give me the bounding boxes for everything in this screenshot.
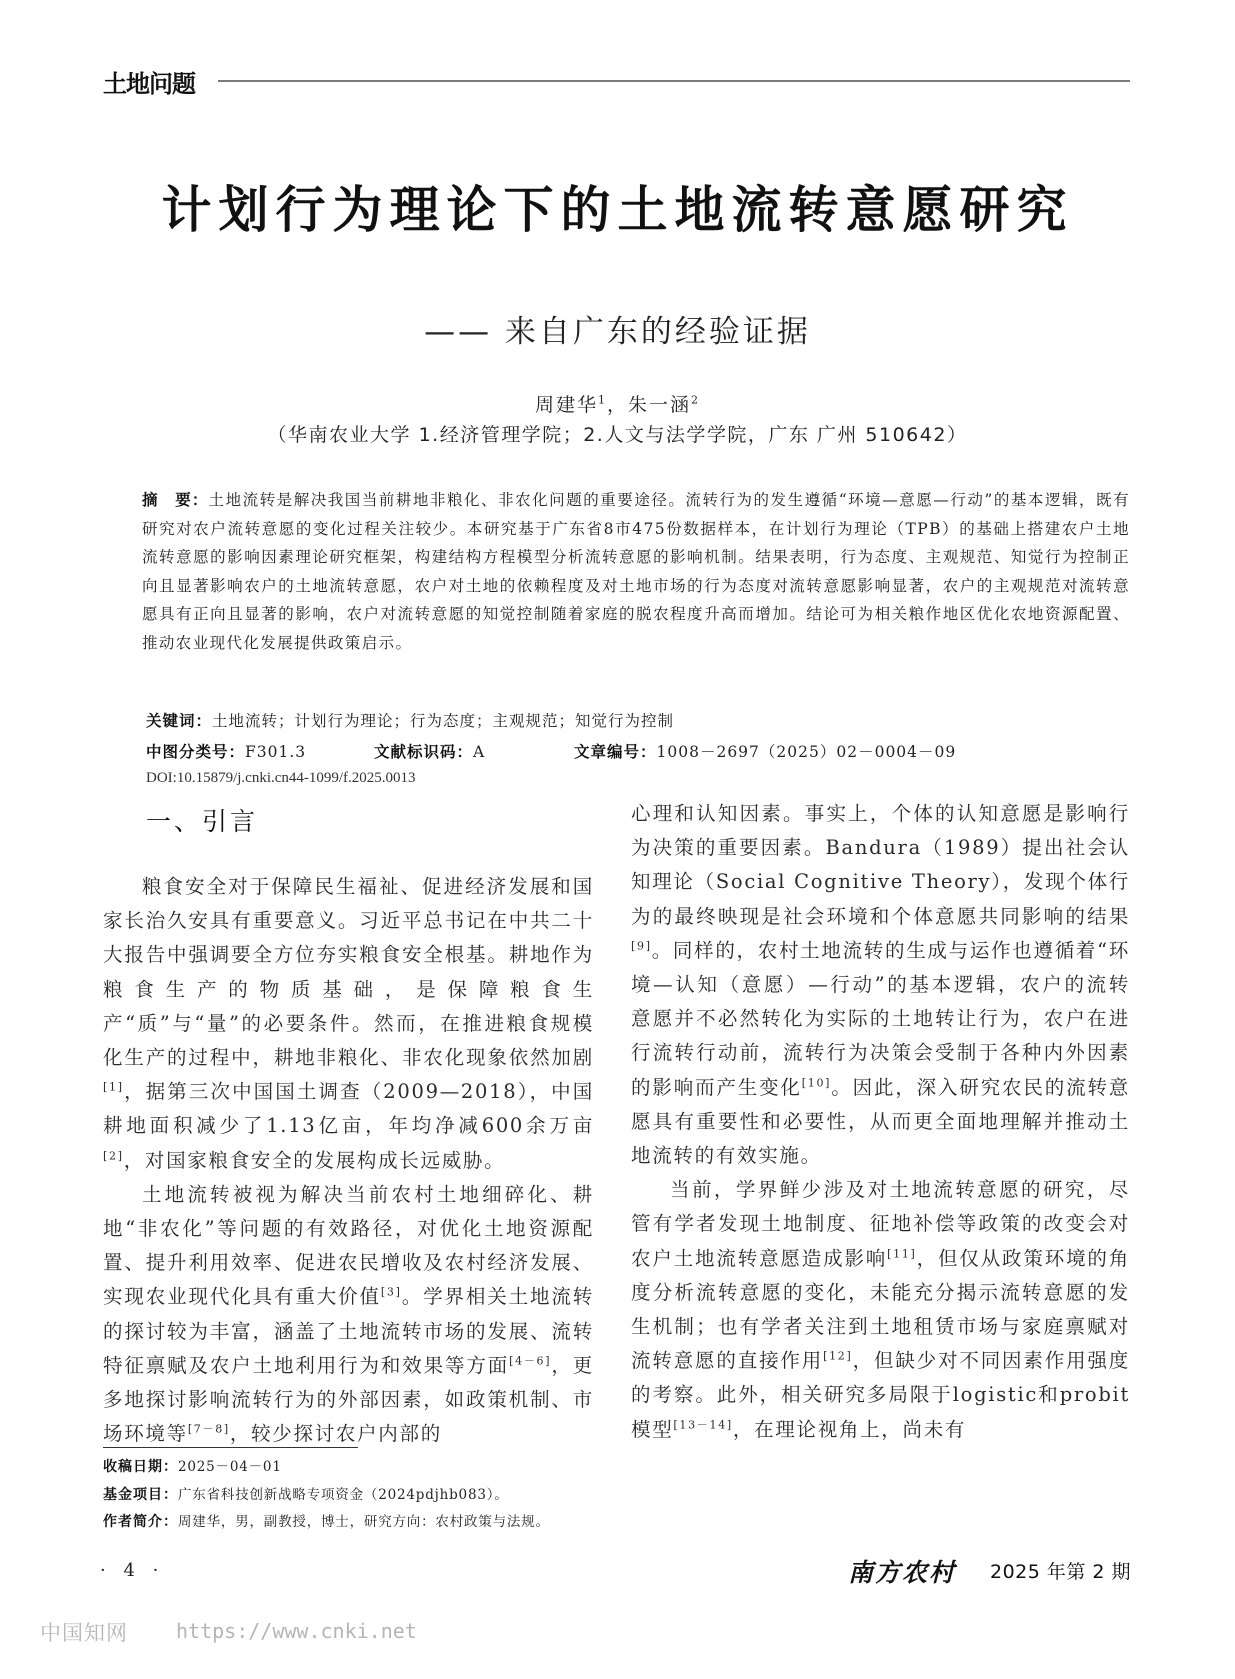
article-number-value: 1008－2697（2025）02－0004－09 — [657, 743, 957, 761]
footnote-fund: 基金项目：广东省科技创新战略专项资金（2024pdjhb083）。 — [103, 1483, 509, 1504]
article-subtitle: —— 来自广东的经验证据 — [0, 306, 1235, 351]
header-rule-divider — [218, 80, 1130, 82]
citation-ref[interactable]: [9] — [631, 939, 652, 952]
doc-code-label: 文献标识码： — [374, 743, 473, 761]
clc-label: 中图分类号： — [146, 743, 245, 761]
journal-issue: 2025 年第 2 期 — [990, 1557, 1131, 1584]
article-title: 计划行为理论下的土地流转意愿研究 — [0, 170, 1235, 242]
doi-link[interactable]: DOI:10.15879/j.cnki.cn44-1099/f.2025.001… — [146, 770, 416, 787]
citation-ref[interactable]: [2] — [103, 1149, 124, 1162]
section-heading-introduction: 一、引言 — [146, 802, 258, 838]
author-affiliation-marker: 1 — [598, 394, 607, 407]
footnote-author-bio: 作者简介：周建华，男，副教授，博士，研究方向：农村政策与法规。 — [103, 1510, 550, 1531]
author-name: 朱一涵 — [628, 394, 691, 416]
author-name: 周建华 — [535, 394, 598, 416]
classification-line: 中图分类号：F301.3文献标识码：A文章编号：1008－2697（2025）0… — [146, 740, 1126, 762]
body-paragraph: 粮食安全对于保障民生福祉、促进经济发展和国家长治久安具有重要意义。习近平总书记在… — [103, 870, 594, 1178]
citation-ref[interactable]: [13－14] — [673, 1418, 732, 1431]
footnote-received-date: 收稿日期：2025－04－01 — [103, 1455, 282, 1476]
keywords-text: 土地流转；计划行为理论；行为态度；主观规范；知觉行为控制 — [212, 712, 674, 730]
body-column-left: 粮食安全对于保障民生福祉、促进经济发展和国家长治久安具有重要意义。习近平总书记在… — [103, 870, 594, 1451]
abstract-block: 摘 要：土地流转是解决我国当前耕地非粮化、非农化问题的重要途径。流转行为的发生遵… — [142, 486, 1130, 657]
abstract-text: 土地流转是解决我国当前耕地非粮化、非农化问题的重要途径。流转行为的发生遵循“环境… — [142, 491, 1130, 652]
citation-ref[interactable]: [4－6] — [509, 1354, 551, 1367]
abstract-label: 摘 要： — [142, 491, 209, 509]
author-affiliation: （华南农业大学 1.经济管理学院；2.人文与法学学院，广东 广州 510642） — [0, 420, 1235, 447]
body-column-right: 心理和认知因素。事实上，个体的认知意愿是影响行为决策的重要因素。Bandura（… — [631, 797, 1130, 1447]
clc-value: F301.3 — [245, 743, 306, 761]
page-number: · 4 · — [100, 1560, 164, 1581]
author-list: 周建华1，朱一涵2 — [0, 390, 1235, 417]
author-separator: ， — [607, 394, 628, 416]
article-number-label: 文章编号： — [574, 743, 657, 761]
body-paragraph: 心理和认知因素。事实上，个体的认知意愿是影响行为决策的重要因素。Bandura（… — [631, 797, 1130, 1173]
citation-ref[interactable]: [11] — [887, 1247, 916, 1260]
watermark-site-name: 中国知网 — [40, 1617, 128, 1647]
section-category: 土地问题 — [103, 64, 195, 99]
body-paragraph: 当前，学界鲜少涉及对土地流转意愿的研究，尽管有学者发现土地制度、征地补偿等政策的… — [631, 1173, 1130, 1447]
journal-name: 南方农村 — [848, 1553, 956, 1589]
citation-ref[interactable]: [3] — [381, 1286, 402, 1299]
footnote-divider — [103, 1447, 358, 1448]
keywords-line: 关键词：土地流转；计划行为理论；行为态度；主观规范；知觉行为控制 — [146, 709, 674, 731]
author-affiliation-marker: 2 — [691, 394, 700, 407]
citation-ref[interactable]: [7－8] — [188, 1423, 230, 1436]
keywords-label: 关键词： — [146, 712, 212, 730]
doc-code-value: A — [473, 743, 485, 761]
citation-ref[interactable]: [1] — [103, 1081, 124, 1094]
citation-ref[interactable]: [10] — [802, 1076, 831, 1089]
body-paragraph: 土地流转被视为解决当前农村土地细碎化、耕地“非农化”等问题的有效路径，对优化土地… — [103, 1178, 594, 1452]
watermark-url: https://www.cnki.net — [176, 1619, 417, 1643]
citation-ref[interactable]: [12] — [823, 1350, 852, 1363]
